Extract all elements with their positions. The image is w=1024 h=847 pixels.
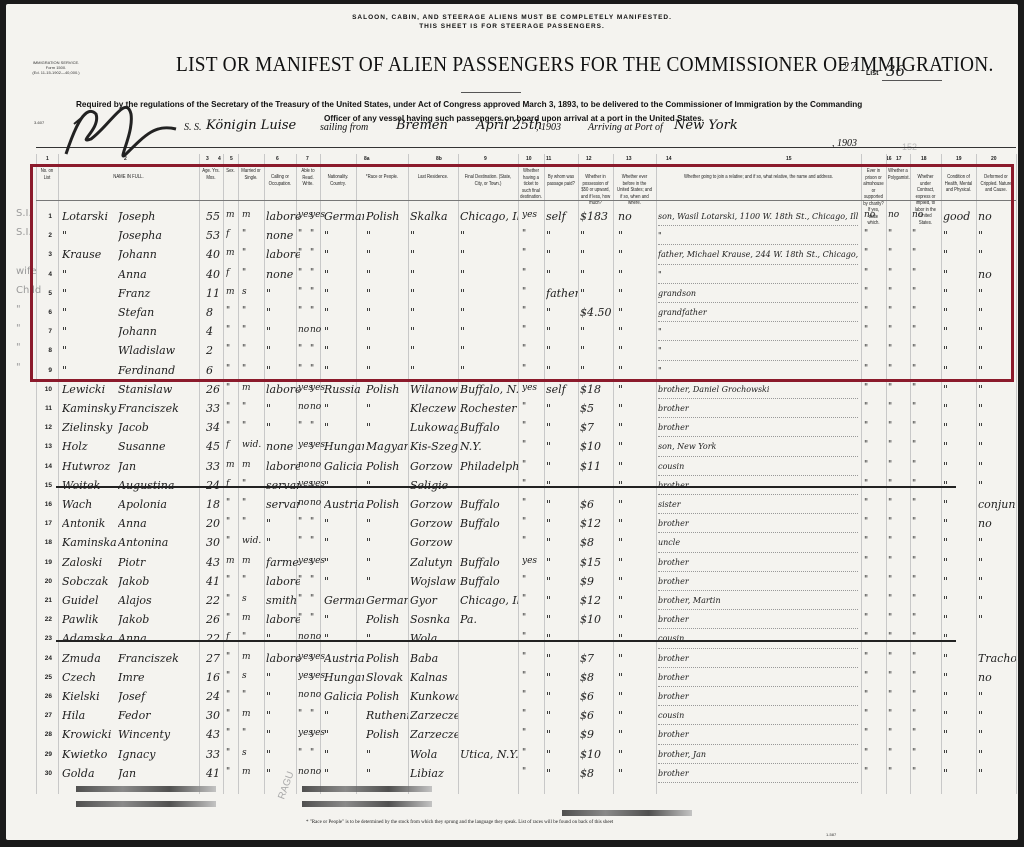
cell-country: " [324,728,364,741]
cell-age: 18 [206,498,224,511]
cell-residence: Kis-Szeged [410,440,458,453]
table-row: 25CzechImre16"s"yesyesHungarySlovakKalna… [6,669,1018,688]
cell-residence: Wola [410,632,458,645]
cell-health: " [943,767,975,780]
cell-prison: " [864,440,886,450]
cell-sex: f [226,440,240,450]
cell-age: 27 [206,652,224,665]
cell-money: $9 [580,575,612,588]
notice-line-1: SALOON, CABIN, AND STEERAGE ALIENS MUST … [6,14,1018,22]
cell-deformed: " [978,767,1016,780]
cell-prison: " [864,652,886,662]
cell-money: $12 [580,594,612,607]
relative-dotted-rule [658,763,858,764]
cell-sex: " [226,402,240,412]
cell-given: Alajos [118,594,198,607]
cell-paid-by: " [546,671,578,684]
row-number: 16 [32,501,52,508]
table-row: 17AntonikAnna20"""""""GorzowBuffalo""$12… [6,515,1018,534]
relative-dotted-rule [658,532,858,533]
cell-polygamist: " [888,517,910,527]
cell-prison: " [864,517,886,527]
column-number: 4 [218,156,221,162]
table-row: 19ZaloskiPiotr43mmfarmeryesyes""ZalutynB… [6,554,1018,573]
cell-married: m [242,556,262,566]
cell-health: " [943,556,975,569]
column-number: 8a [364,156,370,162]
cell-age: 43 [206,728,224,741]
cell-residence: Wojslaw [410,575,458,588]
cell-polygamist: " [888,594,910,604]
cell-relative: brother, Jan [658,750,858,759]
cell-paid-by: " [546,690,578,703]
cell-health: " [943,613,975,626]
cell-married: wid. [242,536,262,546]
cell-residence: Wola [410,748,458,761]
cell-race: Polish [366,498,408,511]
cell-occupation: smith [266,594,300,607]
cell-occupation: laborer [266,460,300,473]
cell-residence: Lukowagora [410,421,458,434]
notice-line-2: THIS SHEET IS FOR STEERAGE PASSENGERS. [6,23,1018,31]
cell-age: 45 [206,440,224,453]
relative-dotted-rule [658,686,858,687]
cell-country: " [324,556,364,569]
relative-dotted-rule [658,648,858,649]
cell-occupation: " [266,690,300,703]
cell-deformed: Trachoma [978,652,1016,665]
row-margin-note: " [16,304,21,315]
arriving-label: Arriving at Port of [588,122,663,133]
cell-health: " [943,402,975,415]
cell-relative: cousin [658,634,858,643]
cell-married: " [242,517,262,527]
relative-dotted-rule [658,782,858,783]
table-row: 18KaminskaAntonina30"wid."""""Gorzow""$8… [6,534,1018,553]
cell-money: $10 [580,748,612,761]
cell-married: " [242,575,262,585]
cell-country: " [324,613,364,626]
cell-deformed: " [978,613,1016,626]
cell-health: " [943,479,975,492]
cell-before-us: " [618,421,648,434]
column-number: 8b [436,156,442,162]
cell-occupation: servant [266,479,300,492]
cell-occupation: laborer [266,383,300,396]
cell-deformed: no [978,517,1016,530]
column-number: 5 [230,156,233,162]
row-number: 28 [32,731,52,738]
table-row: 11KaminskyFranciszek33"""nono""KleczewRo… [6,400,1018,419]
row-number: 25 [32,674,52,681]
cell-before-us: " [618,671,648,684]
table-row: 16WachApolonia18""servantnonoAustriaPoli… [6,496,1018,515]
table-row: 23AdamskaAnna22f""nono""Wola"""cousin"""… [6,630,1018,649]
cell-age: 30 [206,536,224,549]
sailing-from-port: Bremen [396,118,448,133]
cell-deformed: " [978,479,1016,492]
relative-dotted-rule [658,571,858,572]
cell-before-us: " [618,690,648,703]
cell-polygamist: " [888,556,910,566]
cell-deformed: no [978,671,1016,684]
relative-dotted-rule [658,705,858,706]
cell-ticket: " [522,517,542,527]
cell-health: " [943,652,975,665]
cell-prison: " [864,690,886,700]
cell-polygamist: " [888,690,910,700]
strike-through-line [56,486,956,488]
sailing-date: April 25th [476,118,543,133]
cell-polygamist: " [888,536,910,546]
column-number: 20 [991,156,997,162]
cell-contract: " [912,767,940,777]
cell-deformed: " [978,690,1016,703]
cell-before-us: " [618,767,648,780]
cell-sex: " [226,594,240,604]
cell-contract: " [912,748,940,758]
cell-money: $6 [580,498,612,511]
cell-prison: " [864,613,886,623]
cell-relative: sister [658,500,858,509]
cell-destination: Buffalo [460,556,518,569]
cell-race: " [366,517,408,530]
cell-relative: cousin [658,462,858,471]
cell-ticket: " [522,575,542,585]
cell-deformed: " [978,383,1016,396]
cell-sex: m [226,460,240,470]
cell-sex: " [226,728,240,738]
cell-relative: brother [658,730,858,739]
cell-paid-by: " [546,498,578,511]
cell-ticket: " [522,421,542,431]
cell-contract: " [912,652,940,662]
cell-race: " [366,556,408,569]
cell-residence: Wilanow [410,383,458,396]
row-margin-note: " [16,362,21,373]
cell-money: $10 [580,613,612,626]
cell-destination: N.Y. [460,440,518,453]
cell-relative: brother [658,615,858,624]
column-number: 9 [484,156,487,162]
cell-relative: brother [658,519,858,528]
cell-paid-by: " [546,460,578,473]
cell-ticket: " [522,690,542,700]
cell-contract: " [912,498,940,508]
cell-contract: " [912,575,940,585]
column-number: 15 [786,156,792,162]
cell-given: Anna [118,632,198,645]
column-number: 14 [666,156,672,162]
cell-health: " [943,594,975,607]
row-number: 26 [32,693,52,700]
cell-health: " [943,690,975,703]
cell-ticket: " [522,594,542,604]
row-number: 21 [32,597,52,604]
row-number: 20 [32,578,52,585]
column-number: 6 [276,156,279,162]
cell-race: Polish [366,383,408,396]
cell-relative: brother, Martin [658,596,858,605]
table-row: 12ZielinskyJacob34"""""""LukowagoraBuffa… [6,419,1018,438]
cell-residence: Gorzow [410,536,458,549]
cell-given: Apolonia [118,498,198,511]
column-number: 10 [526,156,532,162]
table-row: 30GoldaJan41"m"nono""Libiaz""$8"brother"… [6,765,1018,784]
cell-paid-by: " [546,748,578,761]
cell-given: Jan [118,460,198,473]
cell-health: " [943,440,975,453]
cell-race: " [366,632,408,645]
cell-residence: Gorzow [410,517,458,530]
cell-destination: Buffalo [460,575,518,588]
cell-destination: Buffalo [460,421,518,434]
relative-dotted-rule [658,724,858,725]
cell-deformed: " [978,748,1016,761]
cell-ticket: " [522,440,542,450]
cell-given: Susanne [118,440,198,453]
cell-country: " [324,536,364,549]
cell-age: 24 [206,690,224,703]
cell-married: " [242,421,262,431]
cell-ticket: " [522,748,542,758]
cell-race: " [366,748,408,761]
cell-relative: brother [658,769,858,778]
cell-country: " [324,421,364,434]
cell-before-us: " [618,594,648,607]
cell-ticket: " [522,498,542,508]
cell-relative: uncle [658,538,858,547]
table-row: 29KwietkoIgnacy33"s"""""WolaUtica, N.Y."… [6,746,1018,765]
cell-health: " [943,728,975,741]
cell-before-us: " [618,498,648,511]
cell-given: Wincenty [118,728,198,741]
cell-occupation: laborer [266,613,300,626]
table-row: 10LewickiStanislaw26"mlaboreryesyesRussi… [6,381,1018,400]
cell-paid-by: " [546,632,578,645]
cell-ticket: yes [522,556,542,566]
cell-occupation: " [266,517,300,530]
list-number: 36 [886,62,905,80]
cell-money: $5 [580,402,612,415]
cell-married: wid. [242,440,262,450]
cell-race: " [366,536,408,549]
cell-given: Jakob [118,575,198,588]
row-number: 24 [32,655,52,662]
cell-prison: " [864,767,886,777]
cell-country: Hungary [324,440,364,453]
cell-relative: brother [658,577,858,586]
cell-money: $7 [580,652,612,665]
cell-age: 22 [206,594,224,607]
cell-married: m [242,652,262,662]
cell-money: $18 [580,383,612,396]
row-margin-note: " [16,323,21,334]
cell-age: 33 [206,402,224,415]
cell-married: s [242,748,262,758]
cell-occupation: " [266,632,300,645]
relative-dotted-rule [658,398,858,399]
cell-race: " [366,479,408,492]
cell-polygamist: " [888,709,910,719]
column-number: 17 [896,156,902,162]
cell-married: s [242,671,262,681]
cell-money: $8 [580,671,612,684]
cell-country: " [324,479,364,492]
cell-country: " [324,575,364,588]
cell-country: " [324,709,364,722]
cell-paid-by: " [546,440,578,453]
cell-country: Galicia [324,690,364,703]
relative-dotted-rule [658,456,858,457]
cell-before-us: " [618,460,648,473]
cell-ticket: " [522,613,542,623]
cell-age: 16 [206,671,224,684]
column-number: 2 [124,156,127,162]
cell-married: " [242,498,262,508]
cell-polygamist: " [888,402,910,412]
cell-deformed: " [978,460,1016,473]
cell-paid-by: " [546,594,578,607]
relative-dotted-rule [658,590,858,591]
cell-occupation: " [266,671,300,684]
cell-residence: Libiaz [410,767,458,780]
cell-paid-by: self [546,383,578,396]
cell-residence: Kunkowa [410,690,458,703]
cell-paid-by: " [546,652,578,665]
form-id: IMMIGRATION SERVICE. Form 1500. (Ed. 11-… [26,60,86,75]
row-number: 10 [32,386,52,393]
cell-occupation: none [266,440,300,453]
cell-race: " [366,402,408,415]
cell-before-us: " [618,632,648,645]
cell-paid-by: " [546,613,578,626]
cell-race: Polish [366,690,408,703]
cell-residence: Zarzecze [410,728,458,741]
cell-destination: Utica, N.Y. [460,748,518,761]
cell-polygamist: " [888,498,910,508]
table-row: 13HolzSusanne45fwid.noneyesyesHungaryMag… [6,438,1018,457]
cell-country: Russia [324,383,364,396]
cell-residence: Kleczew [410,402,458,415]
cell-health: " [943,517,975,530]
cell-money: $9 [580,728,612,741]
cell-deformed: conjunctivitis [978,498,1016,511]
cell-ticket: " [522,709,542,719]
column-number: 13 [626,156,632,162]
cell-occupation: " [266,709,300,722]
relative-dotted-rule [658,744,858,745]
cell-health: " [943,421,975,434]
cell-married: m [242,709,262,719]
row-number: 13 [32,443,52,450]
cell-deformed: " [978,421,1016,434]
cell-prison: " [864,594,886,604]
cell-money: $6 [580,709,612,722]
cell-country: " [324,632,364,645]
cell-before-us: " [618,652,648,665]
cell-before-us: " [618,402,648,415]
cell-health: " [943,632,975,645]
redaction-mark [76,801,216,807]
cell-health: " [943,575,975,588]
cell-prison: " [864,709,886,719]
cell-prison: " [864,575,886,585]
cell-sex: " [226,748,240,758]
cell-paid-by: " [546,709,578,722]
cell-sex: " [226,767,240,777]
sailing-from-label: sailing from [320,122,368,133]
relative-dotted-rule [658,475,858,476]
column-number: 12 [586,156,592,162]
cell-destination: Buffalo, N.Y. [460,383,518,396]
side-code: 3-607 [34,120,44,125]
cell-prison: " [864,748,886,758]
cell-given: Ignacy [118,748,198,761]
cell-race: Slovak [366,671,408,684]
cell-prison: " [864,383,886,393]
cell-contract: " [912,556,940,566]
cell-health: " [943,460,975,473]
cell-residence: Gorzow [410,460,458,473]
redaction-mark [302,801,432,807]
cell-contract: " [912,383,940,393]
cell-polygamist: " [888,748,910,758]
table-row: 24ZmudaFranciszek27"mlaboreryesyesAustri… [6,650,1018,669]
cell-country: " [324,402,364,415]
cell-polygamist: " [888,383,910,393]
cell-polygamist: " [888,460,910,470]
cell-given: Fedor [118,709,198,722]
cell-given: Franciszek [118,652,198,665]
cell-deformed: " [978,440,1016,453]
cell-deformed: " [978,402,1016,415]
cell-prison: " [864,460,886,470]
cell-polygamist: " [888,575,910,585]
table-row: 26KielskiJosef24"""nonoGaliciaPolishKunk… [6,688,1018,707]
cell-destination: Rochester [460,402,518,415]
cell-prison: " [864,728,886,738]
cell-prison: " [864,536,886,546]
cell-ticket: " [522,728,542,738]
column-number: 7 [306,156,309,162]
cell-given: Josef [118,690,198,703]
cell-destination: Buffalo [460,517,518,530]
cell-given: Stanislaw [118,383,198,396]
relative-dotted-rule [658,494,858,495]
cell-relative: brother [658,692,858,701]
cell-polygamist: " [888,421,910,431]
cell-residence: Kalnas [410,671,458,684]
cell-destination: Philadelphia [460,460,518,473]
cell-sex: " [226,652,240,662]
cell-residence: Gyor [410,594,458,607]
cell-age: 22 [206,632,224,645]
cell-ticket: " [522,402,542,412]
cell-money: $7 [580,421,612,434]
cell-relative: brother [658,654,858,663]
cell-prison: " [864,498,886,508]
cell-race: " [366,575,408,588]
cell-residence: Zalutyn [410,556,458,569]
cell-country: Austria [324,498,364,511]
cell-occupation: laborer [266,652,300,665]
cell-before-us: " [618,440,648,453]
cell-ticket: " [522,460,542,470]
cell-age: 26 [206,383,224,396]
cell-residence: Zarzecze [410,709,458,722]
cell-given: Anna [118,517,198,530]
